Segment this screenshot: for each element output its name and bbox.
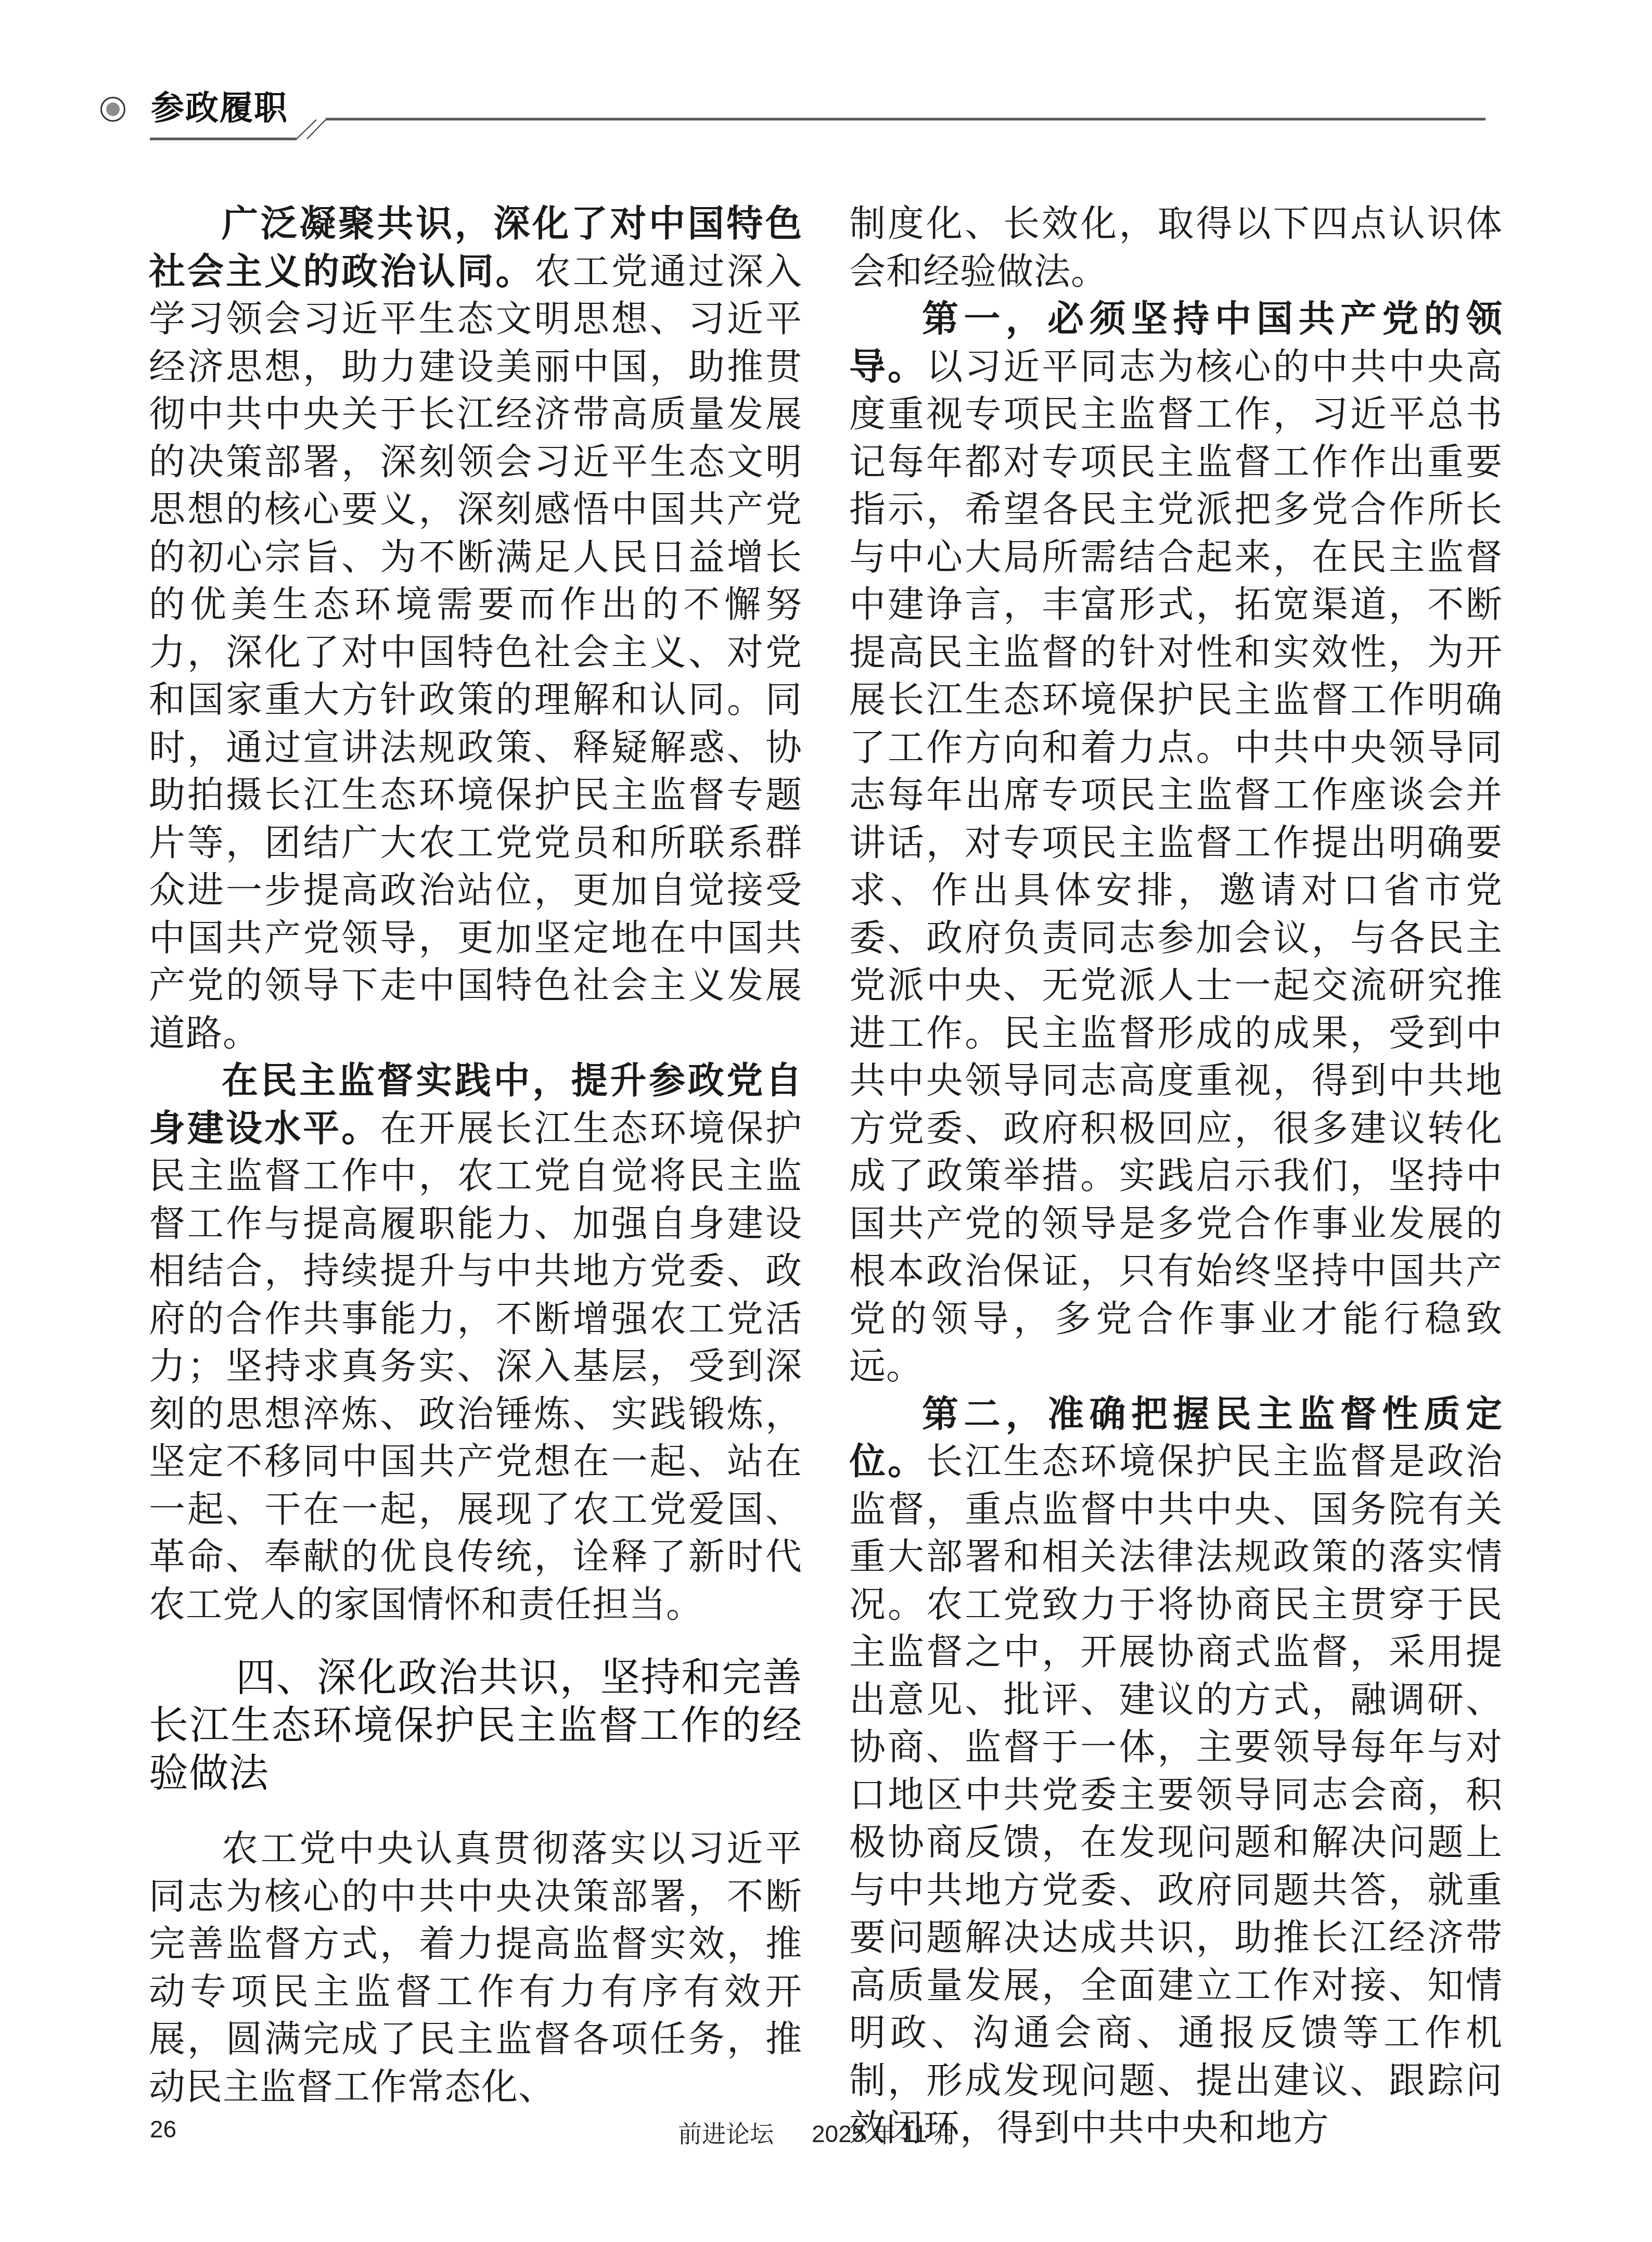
paragraph-self-building: 在民主监督实践中，提升参政党自身建设水平。在开展长江生态环境保护民主监督工作中，… — [149, 1057, 802, 1629]
paragraph-body: 以习近平同志为核心的中共中央高度重视专项民主监督工作，习近平总书记每年都对专项民… — [849, 345, 1503, 1388]
paragraph-body: 长江生态环境保护民主监督是政治监督，重点监督中共中央、国务院有关重大部署和相关法… — [849, 1440, 1503, 2149]
paragraph-body: 农工党中央认真贯彻落实以习近平同志为核心的中共中央决策部署，不断完善监督方式，着… — [149, 1827, 802, 2108]
paragraph-consensus: 广泛凝聚共识，深化了对中国特色社会主义的政治认同。农工党通过深入学习领会习近平生… — [149, 200, 802, 1057]
paragraph-body: 农工党通过深入学习领会习近平生态文明思想、习近平经济思想，助力建设美丽中国，助推… — [149, 250, 802, 1055]
header-rule — [0, 0, 1652, 156]
right-column: 制度化、长效化，取得以下四点认识体会和经验做法。 第一，必须坚持中国共产党的领导… — [849, 200, 1503, 2153]
paragraph-second-point: 第二，准确把握民主监督性质定位。长江生态环境保护民主监督是政治监督，重点监督中共… — [849, 1391, 1503, 2153]
paragraph-body: 制度化、长效化，取得以下四点认识体会和经验做法。 — [849, 202, 1503, 293]
section-heading: 四、深化政治共识，坚持和完善长江生态环境保护民主监督工作的经验做法 — [149, 1654, 802, 1797]
paragraph-intro: 农工党中央认真贯彻落实以习近平同志为核心的中共中央决策部署，不断完善监督方式，着… — [149, 1825, 802, 2111]
paragraph-first-point: 第一，必须坚持中国共产党的领导。以习近平同志为核心的中共中央高度重视专项民主监督… — [849, 296, 1503, 1391]
journal-name: 前进论坛 — [678, 2115, 774, 2149]
left-column: 广泛凝聚共识，深化了对中国特色社会主义的政治认同。农工党通过深入学习领会习近平生… — [149, 200, 802, 2111]
issue-date: 2025 年 11 月 — [812, 2115, 957, 2149]
page-footer: 26 前进论坛 2025 年 11 月 — [0, 2115, 1652, 2157]
page-header: 参政履职 — [0, 0, 1652, 156]
paragraph-body: 在开展长江生态环境保护民主监督工作中，农工党自觉将民主监督工作与提高履职能力、加… — [149, 1107, 802, 1626]
page-number: 26 — [150, 2115, 176, 2143]
paragraph-continued: 制度化、长效化，取得以下四点认识体会和经验做法。 — [849, 200, 1503, 296]
